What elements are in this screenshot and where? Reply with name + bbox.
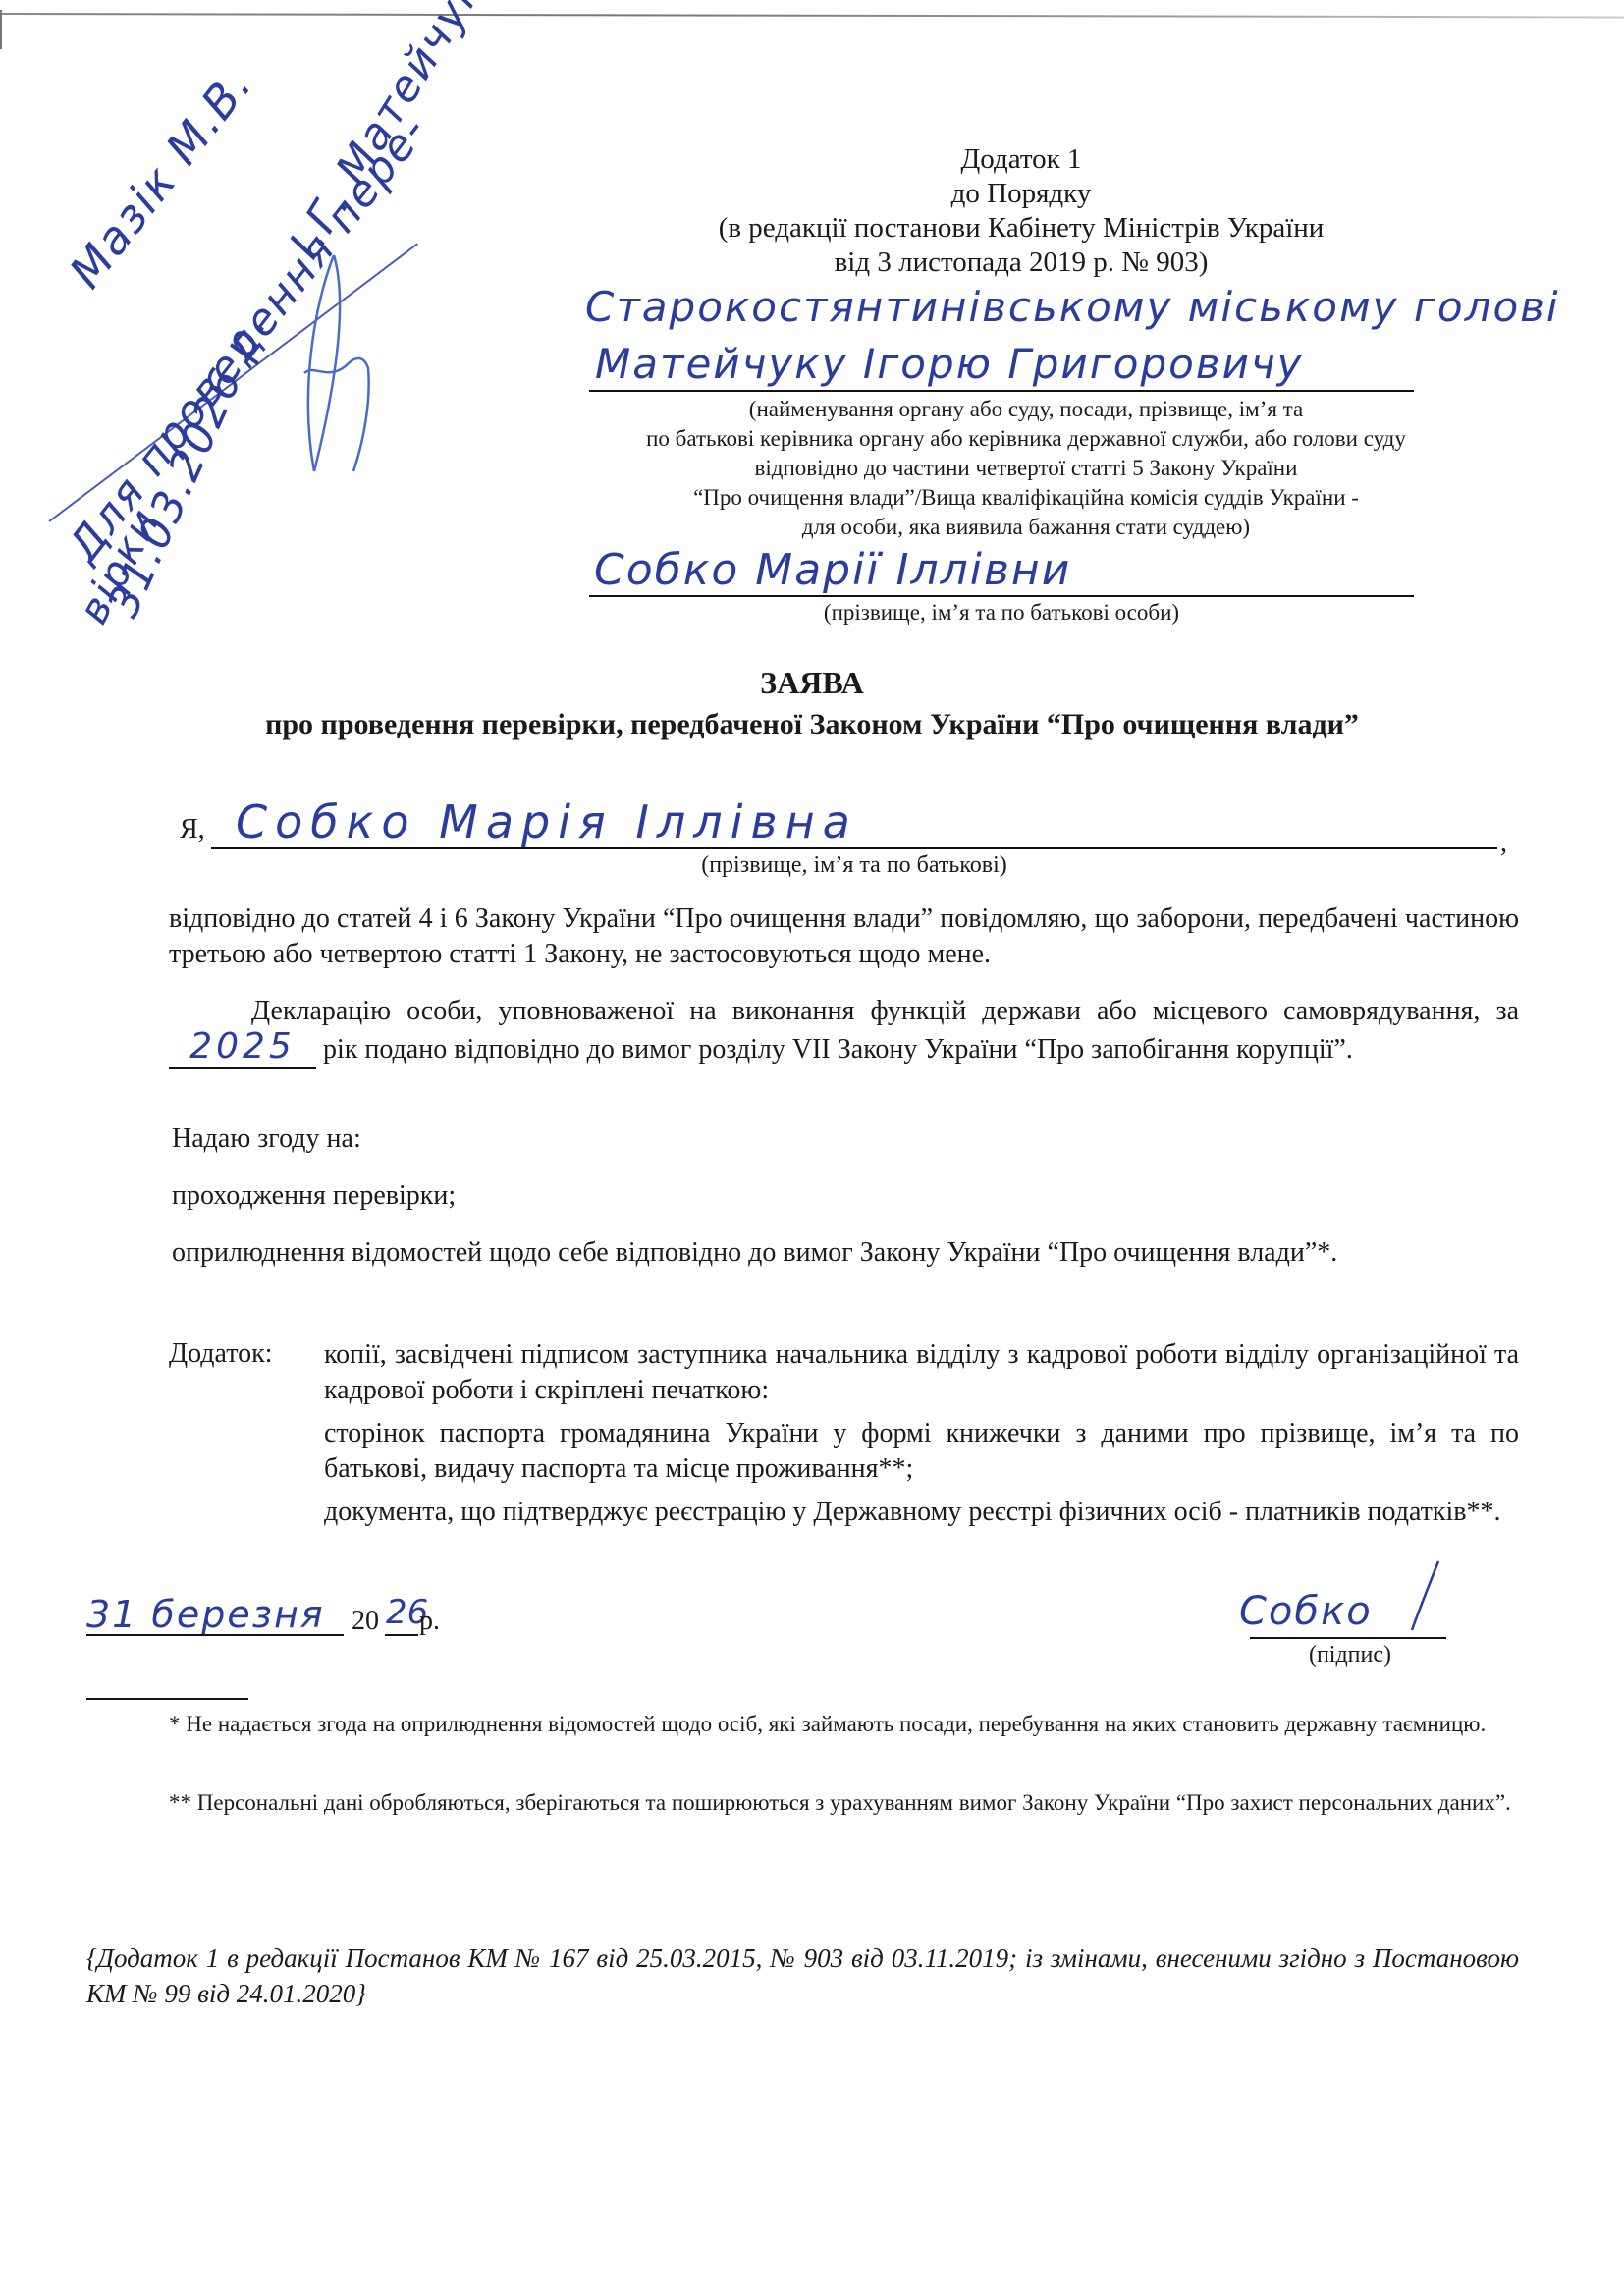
applicant-name-handwritten: Собко Марії Іллівни bbox=[594, 545, 1071, 595]
resolution-executor: Мазік М.В. bbox=[59, 58, 263, 298]
appendix-header: Додаток 1 до Порядку (в редакції постано… bbox=[628, 142, 1414, 280]
resolution-signer: І.Г. Матейчук bbox=[280, 0, 494, 267]
consent-item-publication: оприлюднення відомостей щодо себе відпов… bbox=[169, 1235, 1519, 1271]
date-underline bbox=[86, 1634, 344, 1636]
appendix-date: від 3 листопада 2019 р. № 903) bbox=[628, 246, 1414, 280]
addressee-caption-line: (найменування органу або суду, посади, п… bbox=[530, 395, 1522, 424]
addressee-caption-line: по батькові керівника органу або керівни… bbox=[530, 424, 1522, 454]
footnote-2: ** Персональні дані обробляються, зберіг… bbox=[86, 1787, 1519, 1818]
scan-edge-left bbox=[0, 10, 2, 49]
appendix-procedure: до Порядку bbox=[628, 177, 1414, 211]
addressee-underline bbox=[589, 390, 1414, 392]
attachments-item: сторінок паспорта громадянина України у … bbox=[324, 1416, 1519, 1487]
footnote-1: * Не надається згода на оприлюднення від… bbox=[86, 1709, 1519, 1739]
appendix-edition: (в редакції постанови Кабінету Міністрів… bbox=[628, 211, 1414, 246]
edition-note: {Додаток 1 в редакції Постанов КМ № 167 … bbox=[86, 1941, 1519, 2011]
applicant-signature-handwritten: Собко bbox=[1239, 1589, 1373, 1634]
footnote-separator bbox=[86, 1698, 248, 1700]
signature-caption: (підпис) bbox=[1267, 1640, 1434, 1669]
date-year-underline bbox=[385, 1634, 418, 1636]
addressee-name-handwritten: Матейчуку Ігорю Григоровичу bbox=[595, 340, 1304, 388]
attachments-label: Додаток: bbox=[169, 1338, 273, 1371]
statement-name-caption: (прізвище, ім’я та по батькові) bbox=[211, 850, 1497, 880]
consent-item-row: проходження перевірки; bbox=[169, 1178, 1519, 1214]
document-subtitle: про проведення перевірки, передбаченої З… bbox=[0, 705, 1624, 744]
addressee-caption-line: для особи, яка виявила бажання стати суд… bbox=[530, 513, 1522, 542]
attachments-item: документа, що підтверджує реєстрацію у Д… bbox=[324, 1495, 1519, 1530]
date-year-suffix: р. bbox=[419, 1605, 440, 1638]
applicant-caption: (прізвище, ім’я та по батькові особи) bbox=[589, 598, 1414, 628]
document-title: ЗАЯВА bbox=[0, 663, 1624, 702]
addressee-caption: (найменування органу або суду, посади, п… bbox=[530, 395, 1522, 542]
statement-paragraph: відповідно до статей 4 і 6 Закону Україн… bbox=[169, 902, 1519, 972]
date-day-month-handwritten: 31 березня bbox=[86, 1593, 325, 1636]
consent-intro: Надаю згоду на: bbox=[172, 1123, 361, 1154]
statement-name-underline bbox=[211, 847, 1497, 849]
signature-flourish-icon bbox=[1404, 1557, 1443, 1635]
scan-edge-line bbox=[0, 13, 1624, 18]
declaration-paragraph: Декларацію особи, уповноваженої на викон… bbox=[169, 994, 1519, 1069]
addressee-position-handwritten: Старокостянтинівському міському голові bbox=[585, 283, 1560, 331]
statement-prefix: Я, bbox=[180, 813, 205, 847]
declaration-text-part1: Декларацію особи, уповноваженої на викон… bbox=[173, 996, 1519, 1026]
statement-name-handwritten: Собко Марія Іллівна bbox=[236, 795, 858, 848]
addressee-caption-line: відповідно до частини четвертої статті 5… bbox=[530, 454, 1522, 483]
declaration-year-handwritten: 2025 bbox=[189, 1026, 296, 1066]
resolution-signature-icon bbox=[295, 246, 383, 481]
consent-item-verification: проходження перевірки; bbox=[172, 1180, 456, 1211]
declaration-text-part2: рік подано відповідно до вимог розділу V… bbox=[323, 1034, 1353, 1065]
applicant-underline bbox=[589, 595, 1414, 597]
consent-intro-row: Надаю згоду на: bbox=[169, 1121, 1519, 1157]
statement-comma: , bbox=[1500, 827, 1507, 860]
attachments-item: копії, засвідчені підписом заступника на… bbox=[324, 1338, 1519, 1408]
appendix-title: Додаток 1 bbox=[628, 142, 1414, 177]
signature-underline bbox=[1250, 1637, 1446, 1639]
declaration-year-field: 2025 bbox=[169, 1029, 316, 1069]
date-year-prefix: 20 bbox=[352, 1605, 379, 1638]
addressee-caption-line: “Про очищення влади”/Вища кваліфікаційна… bbox=[530, 483, 1522, 513]
